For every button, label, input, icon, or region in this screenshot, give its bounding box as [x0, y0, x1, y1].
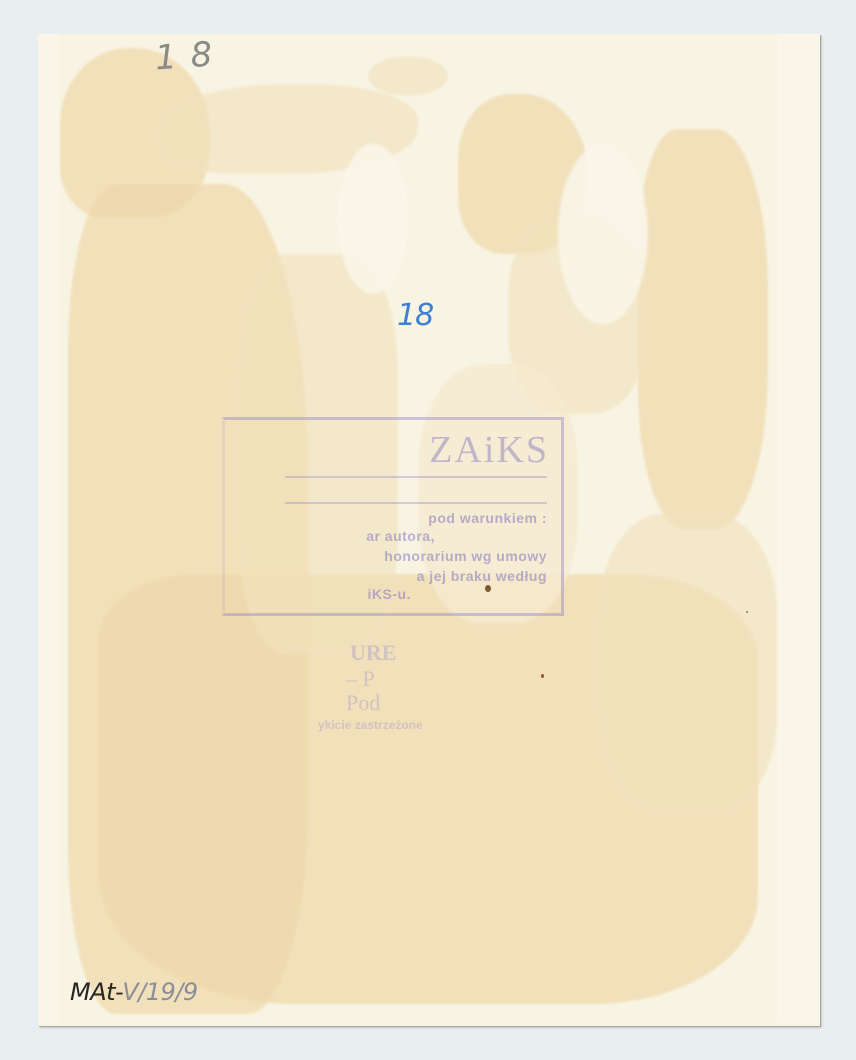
stain-dot [541, 674, 544, 678]
stamp-title: ZAiKS [429, 428, 549, 472]
stain-dot [746, 611, 748, 613]
stamp2-line: URE [350, 640, 396, 666]
stamp2-line: ykicie zastrzeżone [318, 718, 423, 732]
photo-back-paper: 18 18 ZAiKS pod warunkiem : ar autora, h… [38, 34, 820, 1026]
catalog-number: MAt-V/19/9 [70, 978, 198, 1006]
catalog-suffix: V/19/9 [122, 978, 197, 1006]
stain-dot [485, 585, 491, 592]
glue-stain [638, 129, 768, 529]
zaiks-stamp: ZAiKS pod warunkiem : ar autora, honorar… [222, 417, 564, 616]
stamp2-line: – P [346, 666, 375, 692]
stamp-line: iKS-u. [368, 586, 411, 602]
stamp-rule [285, 476, 547, 478]
stamp-line: a jej braku według [417, 568, 547, 584]
stamp-rule [285, 502, 547, 504]
blue-ink-number-18: 18 [397, 298, 433, 333]
bare-paper-patch [38, 34, 58, 1024]
stamp-line: ar autora, [366, 528, 435, 544]
pencil-number-18: 18 [154, 34, 228, 78]
bare-paper-patch [338, 144, 408, 294]
catalog-prefix: MAt- [70, 978, 122, 1006]
stamp2-line: Pod [346, 690, 380, 716]
stamp-line: pod warunkiem : [428, 510, 547, 526]
bare-paper-patch [778, 34, 820, 1024]
glue-stain [598, 514, 778, 814]
stamp-line: honorarium wg umowy [384, 548, 547, 564]
bare-paper-patch [558, 144, 648, 324]
glue-stain [368, 56, 448, 96]
